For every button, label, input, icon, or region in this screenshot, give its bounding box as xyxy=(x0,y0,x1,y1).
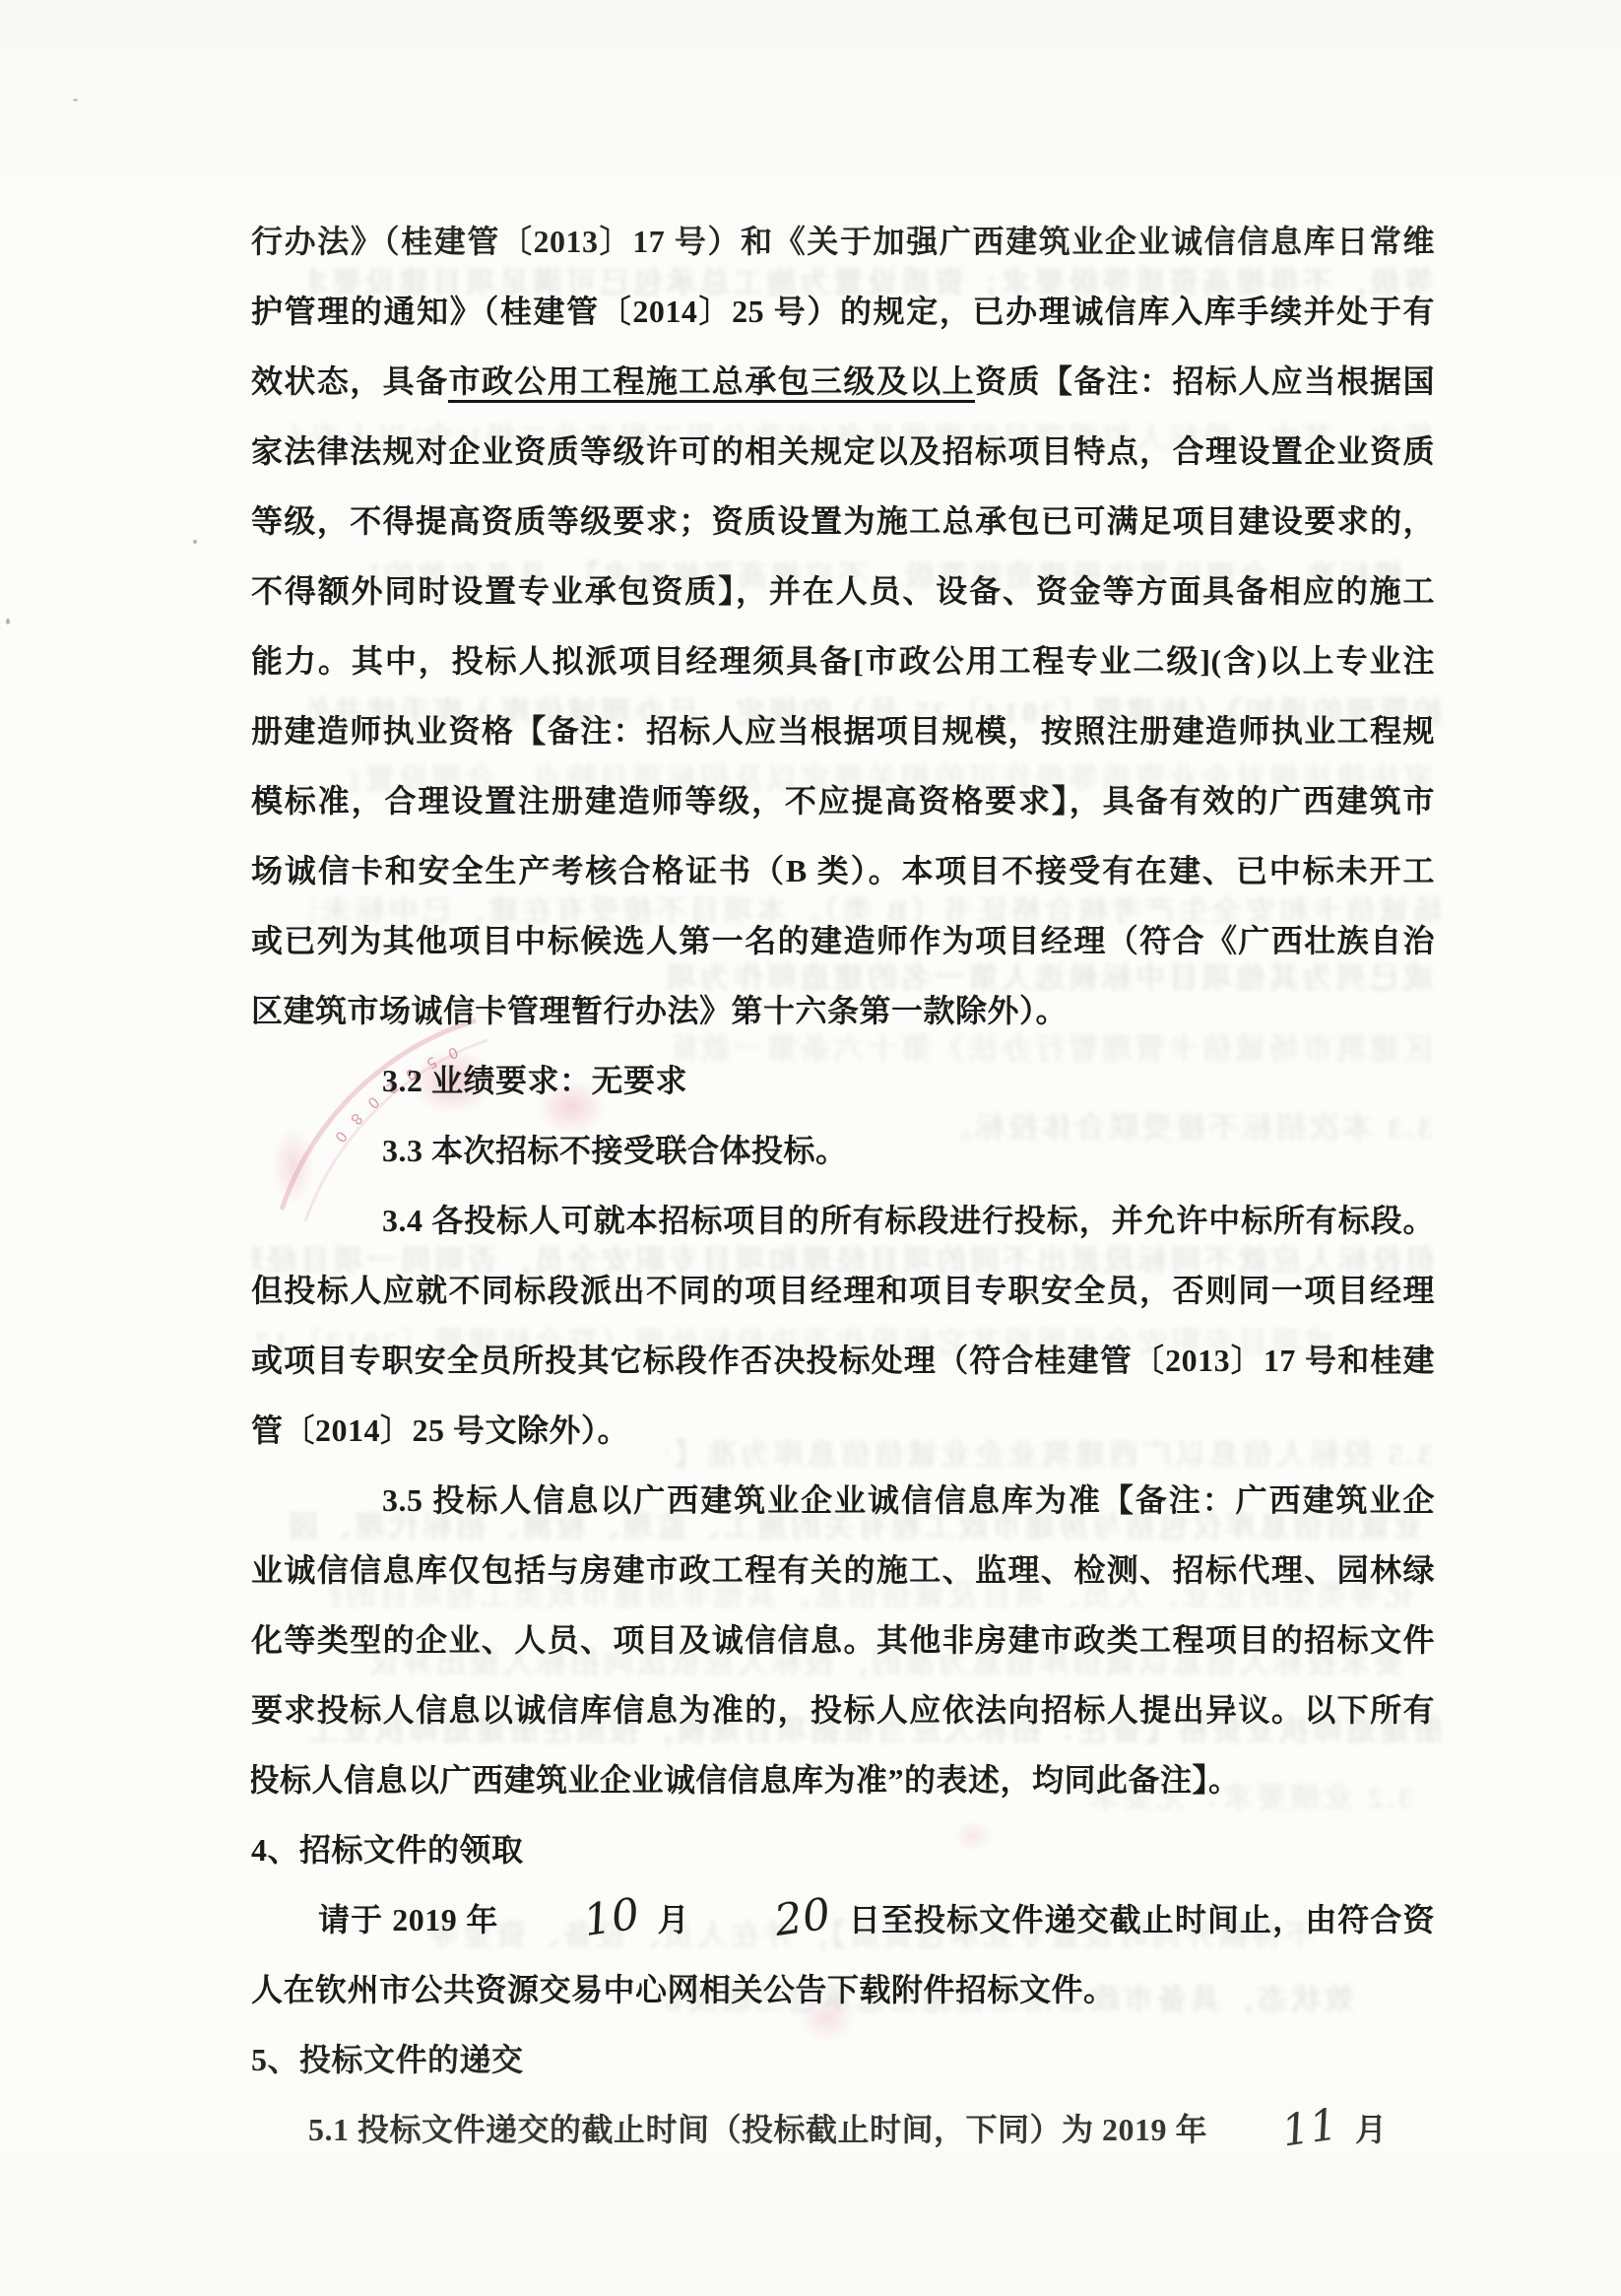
scan-speck xyxy=(193,540,197,544)
handwritten-number: 27 xyxy=(1404,2111,1435,2165)
text-line: 但投标人应就不同标段派出不同的项目经理和项目专职安全员，否则同一项目经理 xyxy=(251,1256,1435,1326)
text-line: 或已列为其他项目中标候选人第一名的建造师作为项目经理（符合《广西壮族自治 xyxy=(251,906,1435,976)
scanned-document-page: 等级，不得提高资质等级要求；资质设置为施工总承包已可满足项目建设要求的，能力。其… xyxy=(0,0,1621,2296)
handwritten-number: 11 xyxy=(1222,2103,1340,2162)
text-line: 5.1 投标文件递交的截止时间（投标截止时间，下同）为 2019 年 11 月 … xyxy=(251,2095,1435,2165)
scan-speck xyxy=(6,619,10,624)
text-line: 区建筑市场诚信卡管理暂行办法》第十六条第一款除外）。 xyxy=(251,976,1435,1046)
text-segment: 不得额外同时设置专业承包资质】，并在人员、设备、资金等方面具备相应的施工 xyxy=(251,573,1435,609)
text-segment: 家法律法规对企业资质等级许可的相关规定以及招标项目特点，合理设置企业资质 xyxy=(251,433,1435,469)
text-segment: 5、投标文件的递交 xyxy=(251,2042,524,2077)
scan-speck xyxy=(73,98,78,101)
text-segment: 能力。其中，投标人拟派项目经理须具备[市政公用工程专业二级](含)以上专业注 xyxy=(251,643,1435,679)
text-line: 或项目专职安全员所投其它标段作否决投标处理（符合桂建管〔2013〕17 号和桂建 xyxy=(251,1326,1435,1396)
document-body: 行办法》（桂建管〔2013〕17 号）和《关于加强广西建筑业企业诚信信息库日常维… xyxy=(251,207,1435,2165)
text-segment: 月 xyxy=(649,1902,699,1937)
text-segment: 请于 2019 年 xyxy=(318,1902,508,1937)
text-segment: 人在钦州市公共资源交易中心网相关公告下载附件招标文件。 xyxy=(251,1972,1116,2007)
text-line: 业诚信信息库仅包括与房建市政工程有关的施工、监理、检测、招标代理、园林绿 xyxy=(251,1536,1435,1606)
text-line: 册建造师执业资格【备注：招标人应当根据项目规模，按照注册建造师执业工程规 xyxy=(251,696,1435,766)
text-segment: 场诚信卡和安全生产考核合格证书（B 类）。本项目不接受有在建、已中标未开工 xyxy=(251,853,1435,888)
text-line: 化等类型的企业、人员、项目及诚信信息。其他非房建市政类工程项目的招标文件 xyxy=(251,1606,1435,1675)
text-segment: 或项目专职安全员所投其它标段作否决投标处理（符合桂建管〔2013〕17 号和桂建 xyxy=(251,1343,1435,1378)
text-segment: 或已列为其他项目中标候选人第一名的建造师作为项目经理（符合《广西壮族自治 xyxy=(251,923,1435,958)
text-segment: 5.1 投标文件递交的截止时间（投标截止时间，下同）为 2019 年 xyxy=(308,2112,1216,2147)
text-line: 3.5 投标人信息以广西建筑业企业诚信信息库为准【备注：广西建筑业企 xyxy=(251,1466,1435,1536)
text-line: 模标准，合理设置注册建造师等级，不应提高资格要求】，具备有效的广西建筑市 xyxy=(251,766,1435,836)
text-line: 等级，不得提高资质等级要求；资质设置为施工总承包已可满足项目建设要求的， xyxy=(251,487,1435,557)
text-line: 4、招标文件的领取 xyxy=(251,1815,1435,1885)
text-line: 要求投标人信息以诚信库信息为准的，投标人应依法向招标人提出异议。以下所有 xyxy=(251,1675,1435,1745)
text-line: 人在钦州市公共资源交易中心网相关公告下载附件招标文件。 xyxy=(251,1955,1435,2025)
text-segment: 区建筑市场诚信卡管理暂行办法》第十六条第一款除外）。 xyxy=(251,993,1068,1028)
text-line: 效状态，具备市政公用工程施工总承包三级及以上资质【备注：招标人应当根据国 xyxy=(251,347,1435,417)
text-segment: 资质【备注：招标人应当根据国 xyxy=(975,363,1435,399)
text-line: 3.2 业绩要求：无要求 xyxy=(251,1046,1435,1116)
text-segment: 要求投标人信息以诚信库信息为准的，投标人应依法向招标人提出异议。以下所有 xyxy=(251,1692,1435,1728)
text-segment: 管〔2014〕25 号文除外）。 xyxy=(251,1412,629,1448)
text-line: 行办法》（桂建管〔2013〕17 号）和《关于加强广西建筑业企业诚信信息库日常维 xyxy=(251,207,1435,277)
text-line: 能力。其中，投标人拟派项目经理须具备[市政公用工程专业二级](含)以上专业注 xyxy=(251,626,1435,696)
handwritten-number: 20 xyxy=(705,1893,833,1953)
text-segment: 3.3 本次招标不接受联合体投标。 xyxy=(382,1133,848,1168)
text-segment: 3.5 投标人信息以广西建筑业企业诚信信息库为准【备注：广西建筑业企 xyxy=(382,1482,1435,1518)
text-line: 请于 2019 年 10 月 20 日至投标文件递交截止时间止，由符合资格要求的… xyxy=(251,1885,1435,1955)
text-line: 3.4 各投标人可就本招标项目的所有标段进行投标，并允许中标所有标段。 xyxy=(251,1186,1435,1256)
text-line: 场诚信卡和安全生产考核合格证书（B 类）。本项目不接受有在建、已中标未开工 xyxy=(251,836,1435,906)
text-segment: 护管理的通知》（桂建管〔2014〕25 号）的规定，已办理诚信库入库手续并处于有 xyxy=(251,294,1435,329)
text-segment: 行办法》（桂建管〔2013〕17 号）和《关于加强广西建筑业企业诚信信息库日常维 xyxy=(251,224,1435,259)
handwritten-number: 10 xyxy=(514,1893,642,1953)
text-line: “投标人信息以广西建筑业企业诚信信息库为准”的表述，均同此备注】。 xyxy=(251,1745,1435,1815)
text-segment: “投标人信息以广西建筑业企业诚信信息库为准”的表述，均同此备注】。 xyxy=(251,1762,1241,1798)
text-line: 3.3 本次招标不接受联合体投标。 xyxy=(251,1116,1435,1186)
text-segment: 等级，不得提高资质等级要求；资质设置为施工总承包已可满足项目建设要求的， xyxy=(251,503,1435,539)
text-segment: 4、招标文件的领取 xyxy=(251,1832,524,1868)
text-segment: 3.4 各投标人可就本招标项目的所有标段进行投标，并允许中标所有标段。 xyxy=(382,1203,1435,1238)
text-segment: 业诚信信息库仅包括与房建市政工程有关的施工、监理、检测、招标代理、园林绿 xyxy=(251,1552,1435,1588)
text-segment: 效状态，具备 xyxy=(251,363,448,399)
text-segment: 但投标人应就不同标段派出不同的项目经理和项目专职安全员，否则同一项目经理 xyxy=(251,1273,1435,1308)
text-line: 5、投标文件的递交 xyxy=(251,2025,1435,2095)
text-line: 护管理的通知》（桂建管〔2014〕25 号）的规定，已办理诚信库入库手续并处于有 xyxy=(251,277,1435,347)
text-line: 家法律法规对企业资质等级许可的相关规定以及招标项目特点，合理设置企业资质 xyxy=(251,417,1435,487)
text-line: 不得额外同时设置专业承包资质】，并在人员、设备、资金等方面具备相应的施工 xyxy=(251,557,1435,626)
text-segment: 模标准，合理设置注册建造师等级，不应提高资格要求】，具备有效的广西建筑市 xyxy=(251,783,1435,819)
text-line: 管〔2014〕25 号文除外）。 xyxy=(251,1396,1435,1466)
text-segment: 化等类型的企业、人员、项目及诚信信息。其他非房建市政类工程项目的招标文件 xyxy=(251,1622,1435,1658)
text-segment: 3.2 业绩要求：无要求 xyxy=(382,1063,687,1098)
underlined-qualification-text: 市政公用工程施工总承包三级及以上 xyxy=(448,363,975,403)
text-segment: 册建造师执业资格【备注：招标人应当根据项目规模，按照注册建造师执业工程规 xyxy=(251,713,1435,749)
text-segment: 月 xyxy=(1347,2112,1396,2147)
